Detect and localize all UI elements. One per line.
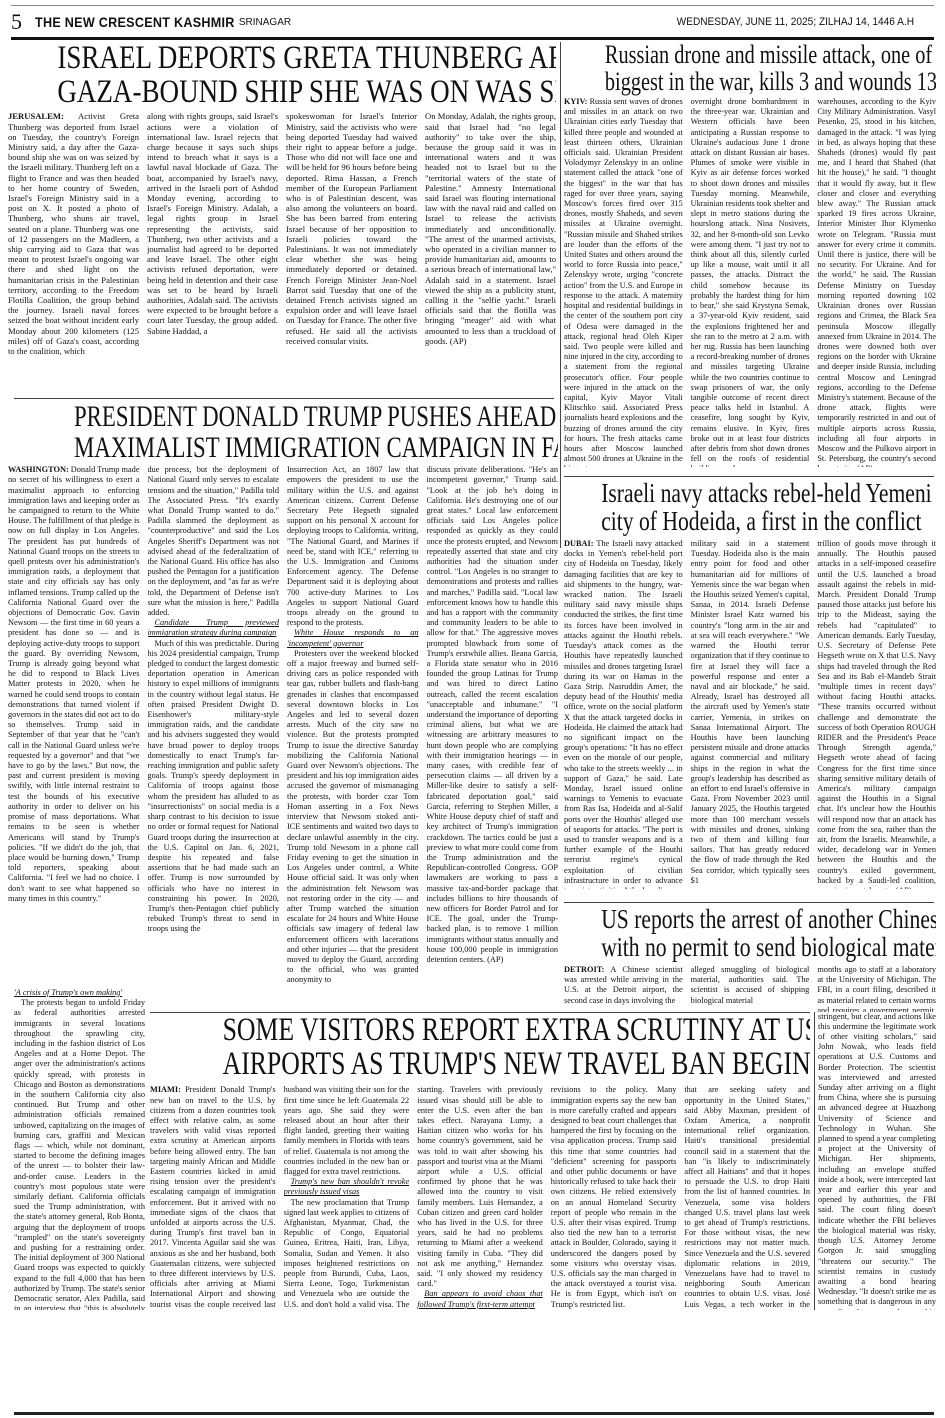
subhead: Ban appears to avoid chaos that followed… <box>417 1289 543 1309</box>
column: discuss private deliberations. "He's an … <box>427 465 559 1001</box>
body-text: husband was visiting their son for the f… <box>284 1085 410 1177</box>
subhead: White House responds to an 'incompetent'… <box>287 628 419 648</box>
body-text: President Donald Trump's new ban on trav… <box>150 1085 276 1311</box>
body-text: During Trump's first term, a hastily wri… <box>417 1310 543 1312</box>
column: MIAMI: President Donald Trump's new ban … <box>150 1085 276 1311</box>
column: KYIV: Russia sent waves of drones and mi… <box>564 97 683 467</box>
story-body: MIAMI: President Donald Trump's new ban … <box>150 1085 810 1311</box>
body-text: Protesters over the weekend blocked off … <box>287 649 419 986</box>
story-trump-la: PRESIDENT DONALD TRUMP PUSHES AHEAD WITH… <box>8 402 558 1002</box>
column: months ago to staff at a laboratory at t… <box>817 965 936 1012</box>
column-divider <box>814 1012 815 1310</box>
headline: US reports the arrest of another Chinese… <box>601 906 899 961</box>
bottom-rule <box>14 1412 934 1415</box>
dateline: DUBAI: <box>564 539 594 548</box>
body-text: The new proclamation that Trump signed l… <box>284 1198 410 1312</box>
headline: Israeli navy attacks rebel-held Yemeni p… <box>601 480 899 535</box>
column: months ago to staff at a laboratory at t… <box>818 1010 936 1310</box>
body-text: discuss private deliberations. "He's an … <box>427 465 559 965</box>
column: due process, but the deployment of Natio… <box>148 465 280 1001</box>
column: warehouses, according to the Kyiv City M… <box>817 97 936 467</box>
column: WASHINGTON: Donald Trump made no secret … <box>8 465 140 1001</box>
column: military said in a statement Tuesday. Ho… <box>691 539 810 889</box>
subhead: 'A crisis of Trump's own making' <box>14 988 145 998</box>
body-text: warehouses, according to the Kyiv City M… <box>817 97 936 467</box>
column: trillion of goods move through it annual… <box>817 539 936 889</box>
column: husband was visiting their son for the f… <box>284 1085 410 1311</box>
divider <box>14 398 554 399</box>
dateline: KYIV: <box>564 97 587 106</box>
story-body: DUBAI: The Israeli navy attacked docks i… <box>564 539 936 889</box>
body-text: that are seeking safety and opportunity … <box>684 1085 810 1311</box>
body-text: months ago to staff at a laboratory at t… <box>817 965 936 1012</box>
column: along with rights groups, said Israel's … <box>147 111 278 397</box>
masthead: 5 THE NEW CRESCENT KASHMIR SRINAGAR WEDN… <box>11 10 934 34</box>
body-text: Insurrection Act, an 1807 law that empow… <box>287 465 419 628</box>
story-scientist-top: US reports the arrest of another Chinese… <box>564 906 936 1012</box>
page-number: 5 <box>11 9 35 35</box>
column: On Monday, Adalah, the rights group, sai… <box>425 111 556 397</box>
column: DETROIT: A Chinese scientist was arreste… <box>564 965 683 1005</box>
story-hodeida: Israeli navy attacks rebel-held Yemeni p… <box>564 480 936 900</box>
story-scientist-continued: months ago to staff at a laboratory at t… <box>818 1010 936 1310</box>
column: spokeswoman for Israel's Interior Minist… <box>286 111 417 397</box>
story-trump-la-continued: 'A crisis of Trump's own making'The prot… <box>14 988 145 1310</box>
top-rule <box>11 5 934 6</box>
issue-date: WEDNESDAY, JUNE 11, 2025; ZILHAJ 14, 144… <box>677 16 914 28</box>
headline-line: biggest in the war, kills 3 and wounds 1… <box>605 69 895 96</box>
headline-line: SOME VISITORS REPORT EXTRA SCRUTINY AT U… <box>223 1014 738 1048</box>
headline: Russian drone and missile attack, one of… <box>605 42 895 95</box>
dateline: WASHINGTON: <box>8 465 69 474</box>
paper-name: THE NEW CRESCENT KASHMIR <box>35 14 235 30</box>
body-text: starting. Travelers with previously issu… <box>417 1085 543 1289</box>
headline-line: AIRPORTS AS TRUMP'S NEW TRAVEL BAN BEGIN… <box>223 1048 738 1082</box>
headline: SOME VISITORS REPORT EXTRA SCRUTINY AT U… <box>223 1014 738 1081</box>
headline-line: Israeli navy attacks rebel-held Yemeni p… <box>601 480 899 508</box>
subhead: Critics say travel ban sows division <box>551 1310 677 1312</box>
divider <box>150 1012 810 1013</box>
body-text: Russia sent waves of drones and missiles… <box>564 97 683 467</box>
headline-line: city of Hodeida, a first in the conflict <box>601 508 899 536</box>
dateline: MIAMI: <box>150 1085 181 1094</box>
headline-line: US reports the arrest of another Chinese… <box>601 906 899 934</box>
column: alleged smuggling of biological material… <box>691 965 810 1005</box>
dateline: DETROIT: <box>564 965 604 974</box>
story-body: DETROIT: A Chinese scientist was arreste… <box>564 965 936 1005</box>
column: starting. Travelers with previously issu… <box>417 1085 543 1311</box>
body-text: alleged smuggling of biological material… <box>691 965 810 1005</box>
subhead: Candidate Trump previewed immigration st… <box>148 618 280 638</box>
headline-line: PRESIDENT DONALD TRUMP PUSHES AHEAD WITH… <box>74 402 492 433</box>
city: SRINAGAR <box>239 17 291 28</box>
story-body: JERUSALEM: Activist Greta Thunberg was d… <box>8 111 556 397</box>
headline-line: ISRAEL DEPORTS GRETA THUNBERG AFTER <box>57 42 506 76</box>
column: Insurrection Act, an 1807 law that empow… <box>287 465 419 1001</box>
column: 'A crisis of Trump's own making'The prot… <box>14 988 145 1310</box>
body-text: months ago to staff at a laboratory at t… <box>818 1010 936 1310</box>
body-text: The protests began to unfold Friday as f… <box>14 998 145 1310</box>
column: that are seeking safety and opportunity … <box>684 1085 810 1311</box>
headline-line: GAZA-BOUND SHIP SHE WAS ON WAS SEIZED <box>57 76 506 110</box>
headline: ISRAEL DEPORTS GRETA THUNBERG AFTER GAZA… <box>57 42 506 109</box>
story-body: KYIV: Russia sent waves of drones and mi… <box>564 97 936 467</box>
body-text: revisions to the policy. Many immigratio… <box>551 1085 677 1309</box>
body-text: overnight drone bombardment in the three… <box>691 97 810 467</box>
column: overnight drone bombardment in the three… <box>691 97 810 467</box>
body-text: military said in a statement Tuesday. Ho… <box>691 539 810 886</box>
headline-line: Russian drone and missile attack, one of… <box>605 42 895 69</box>
body-text: On Monday, Adalah, the rights group, sai… <box>425 111 556 346</box>
subhead: Trump's new ban shouldn't revoke previou… <box>284 1177 410 1197</box>
divider <box>564 902 934 903</box>
story-ukraine: Russian drone and missile attack, one of… <box>564 42 936 472</box>
body-text: trillion of goods move through it annual… <box>817 539 936 889</box>
body-text: spokeswoman for Israel's Interior Minist… <box>286 111 417 346</box>
masthead-rule <box>11 37 934 40</box>
story-thunberg: ISRAEL DEPORTS GRETA THUNBERG AFTER GAZA… <box>8 42 556 398</box>
column-divider <box>560 42 561 548</box>
column: revisions to the policy. Many immigratio… <box>551 1085 677 1311</box>
body-text: along with rights groups, said Israel's … <box>147 111 278 335</box>
column: DUBAI: The Israeli navy attacked docks i… <box>564 539 683 889</box>
headline-line: MAXIMALIST IMMIGRATION CAMPAIGN IN FACE … <box>74 433 492 464</box>
body-text: Donald Trump made no secret of his willi… <box>8 465 140 903</box>
divider <box>564 476 934 477</box>
headline: PRESIDENT DONALD TRUMP PUSHES AHEAD WITH… <box>74 402 492 463</box>
column: JERUSALEM: Activist Greta Thunberg was d… <box>8 111 139 397</box>
body-text: due process, but the deployment of Natio… <box>148 465 280 618</box>
body-text: Much of this was predictable. During his… <box>148 639 280 935</box>
story-travel-ban: SOME VISITORS REPORT EXTRA SCRUTINY AT U… <box>150 1014 810 1312</box>
dateline: JERUSALEM: <box>8 111 64 121</box>
headline-line: with no permit to send biological materi… <box>601 934 899 962</box>
story-body: WASHINGTON: Donald Trump made no secret … <box>8 465 558 1001</box>
body-text: Activist Greta Thunberg was deported fro… <box>8 111 139 356</box>
body-text: The Israeli navy attacked docks in Yemen… <box>564 539 683 889</box>
